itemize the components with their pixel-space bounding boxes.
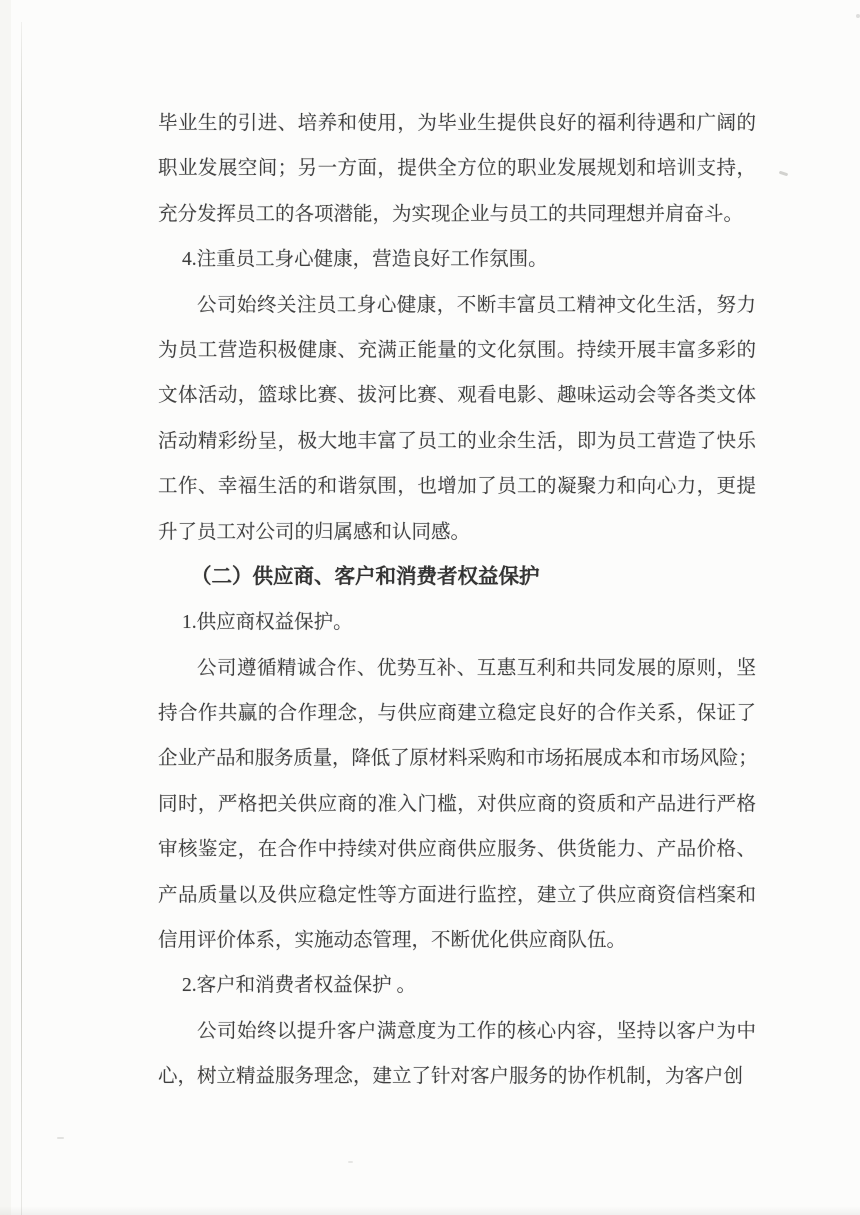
paragraph: 公司始终以提升客户满意度为工作的核心内容，坚持以客户为中 心，树立精益服务理念，… bbox=[158, 1009, 756, 1100]
text-line: 产品质量以及供应稳定性等方面进行监控，建立了供应商资信档案和 bbox=[158, 873, 756, 918]
text-line: 毕业生的引进、培养和使用，为毕业生提供良好的福利待遇和广阔的 bbox=[158, 101, 756, 146]
numbered-item: 4.注重员工身心健康，营造良好工作氛围。 bbox=[158, 237, 756, 282]
scan-speck bbox=[779, 171, 788, 177]
scanned-page: 毕业生的引进、培养和使用，为毕业生提供良好的福利待遇和广阔的 职业发展空间；另一… bbox=[11, 0, 860, 1215]
text-line: 充分发挥员工的各项潜能，为实现企业与员工的共同理想并肩奋斗。 bbox=[158, 192, 756, 237]
paragraph: 公司始终关注员工身心健康，不断丰富员工精神文化生活，努力 为员工营造积极健康、充… bbox=[158, 283, 756, 555]
text-line: 4.注重员工身心健康，营造良好工作氛围。 bbox=[158, 237, 756, 282]
scan-speck bbox=[348, 1161, 353, 1163]
document-text: 毕业生的引进、培养和使用，为毕业生提供良好的福利待遇和广阔的 职业发展空间；另一… bbox=[158, 101, 756, 1100]
text-line: 升了员工对公司的归属感和认同感。 bbox=[158, 510, 756, 555]
text-line: 活动精彩纷呈，极大地丰富了员工的业余生活，即为员工营造了快乐 bbox=[158, 419, 756, 464]
paragraph: 公司遵循精诚合作、优势互补、互惠互利和共同发展的原则，坚 持合作共赢的合作理念，… bbox=[158, 646, 756, 964]
text-line: 为员工营造积极健康、充满正能量的文化氛围。持续开展丰富多彩的 bbox=[158, 328, 756, 373]
paragraph: 毕业生的引进、培养和使用，为毕业生提供良好的福利待遇和广阔的 职业发展空间；另一… bbox=[158, 101, 756, 237]
heading-line: （二）供应商、客户和消费者权益保护 bbox=[158, 555, 756, 600]
text-line: 1.供应商权益保护。 bbox=[158, 600, 756, 645]
text-line: 公司始终以提升客户满意度为工作的核心内容，坚持以客户为中 bbox=[158, 1009, 756, 1054]
text-line: 信用评价体系，实施动态管理，不断优化供应商队伍。 bbox=[158, 918, 756, 963]
section-heading: （二）供应商、客户和消费者权益保护 bbox=[158, 555, 756, 600]
text-line: 持合作共赢的合作理念，与供应商建立稳定良好的合作关系，保证了 bbox=[158, 691, 756, 736]
text-line: 公司遵循精诚合作、优势互补、互惠互利和共同发展的原则，坚 bbox=[158, 646, 756, 691]
text-line: 2.客户和消费者权益保护 。 bbox=[158, 963, 756, 1008]
text-line: 公司始终关注员工身心健康，不断丰富员工精神文化生活，努力 bbox=[158, 283, 756, 328]
numbered-item: 2.客户和消费者权益保护 。 bbox=[158, 963, 756, 1008]
text-line: 同时，严格把关供应商的准入门槛，对供应商的资质和产品进行严格 bbox=[158, 782, 756, 827]
numbered-item: 1.供应商权益保护。 bbox=[158, 600, 756, 645]
text-line: 审核鉴定，在合作中持续对供应商供应服务、供货能力、产品价格、 bbox=[158, 827, 756, 872]
scan-speck bbox=[856, 14, 860, 18]
text-line: 职业发展空间；另一方面，提供全方位的职业发展规划和培训支持， bbox=[158, 146, 756, 191]
text-line: 工作、幸福生活的和谐氛围，也增加了员工的凝聚力和向心力，更提 bbox=[158, 464, 756, 509]
text-line: 心，树立精益服务理念，建立了针对客户服务的协作机制，为客户创 bbox=[158, 1054, 756, 1099]
scan-bottom-shade bbox=[0, 1206, 860, 1215]
scan-speck bbox=[57, 1137, 64, 1139]
paper-left-edge bbox=[21, 22, 22, 1215]
text-line: 企业产品和服务质量，降低了原材料采购和市场拓展成本和市场风险； bbox=[158, 736, 756, 781]
text-line: 文体活动，篮球比赛、拔河比赛、观看电影、趣味运动会等各类文体 bbox=[158, 373, 756, 418]
